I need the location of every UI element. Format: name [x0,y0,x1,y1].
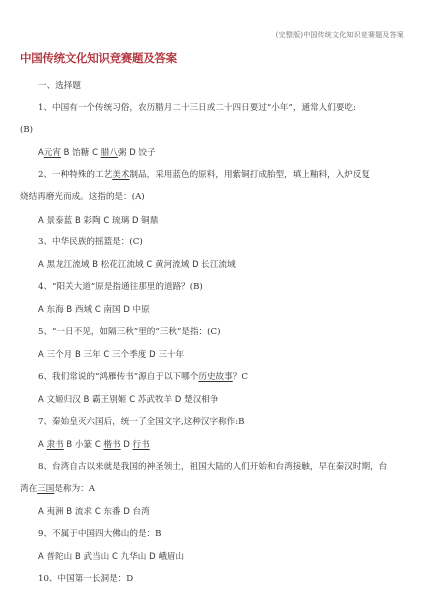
option-b: 饴糖 [72,148,89,158]
question-7: 7、秦始皇灭六国后，统一了全国文字,这种汉字称作:B [38,416,244,428]
question-1-answer: (B) [20,124,33,136]
question-2: 2、一种特殊的工艺美术制品，采用蓝色的原料，用紫铜打成胎型，填上釉料，入炉反复 [38,169,370,181]
question-3-options: A 黑龙江流域 B 松花江流域 C 黄河流域 D 长江流域 [38,258,236,271]
running-header: (完整版)中国传统文化知识竞赛题及答案 [276,30,404,40]
question-6: 6、我们常说的“鸿雁传书”源自于以下哪个历史故事？C [38,371,248,383]
option-a: 元宵 [44,148,61,158]
document-title: 中国传统文化知识竞赛题及答案 [20,50,177,66]
question-10: 10、中国第一长洞是：D [38,573,133,585]
section-heading: 一、选择题 [38,80,81,92]
question-4: 4、“阳关大道”原是指通往那里的道路？(B) [38,281,203,293]
question-5-options: A 三个月 B 三年 C 三个季度 D 三十年 [38,348,184,361]
option-d: 饺子 [138,148,155,158]
document-page: (完整版)中国传统文化知识竞赛题及答案 中国传统文化知识竞赛题及答案 一、选择题… [0,0,424,600]
question-4-options: A 东海 B 西域 C 南国 D 中原 [38,303,150,316]
question-8: 8、台湾自古以来就是我国的神圣领土，祖国大陆的人们开始和台湾接触，早在秦汉时期，… [38,461,387,473]
question-5: 5、“一日不见，如隔三秋”里的“三秋”是指：(C) [38,326,220,338]
question-2-cont: 烧结再磨光而成。这指的是：(A) [20,191,145,203]
question-9: 9、不属于中国四大佛山的是：B [38,528,162,540]
question-8-cont: 湾在三国是称为：A [20,483,95,495]
question-2-options: A 景泰蓝 B 彩陶 C 琉璃 D 铜鼎 [38,214,158,227]
question-8-options: A 夷洲 B 流求 C 东番 D 台湾 [38,505,150,518]
question-1-options: A元宵 B 饴糖 C 腊八粥 D 饺子 [38,146,156,159]
option-c: 腊八 [101,148,118,158]
question-3: 3、中华民族的摇篮是：(C) [38,236,143,248]
question-1: 1、中国有一个传统习俗，农历腊月二十三日或二十四日要过“小年”，通常人们要吃: [38,102,356,114]
question-7-options: A 隶书 B 小篆 C 楷书 D 行书 [38,438,150,451]
question-6-options: A 文姬归汉 B 霸王别姬 C 苏武牧羊 D 楚汉相争 [38,393,219,406]
question-9-options: A 普陀山 B 武当山 C 九华山 D 峨眉山 [38,550,184,563]
